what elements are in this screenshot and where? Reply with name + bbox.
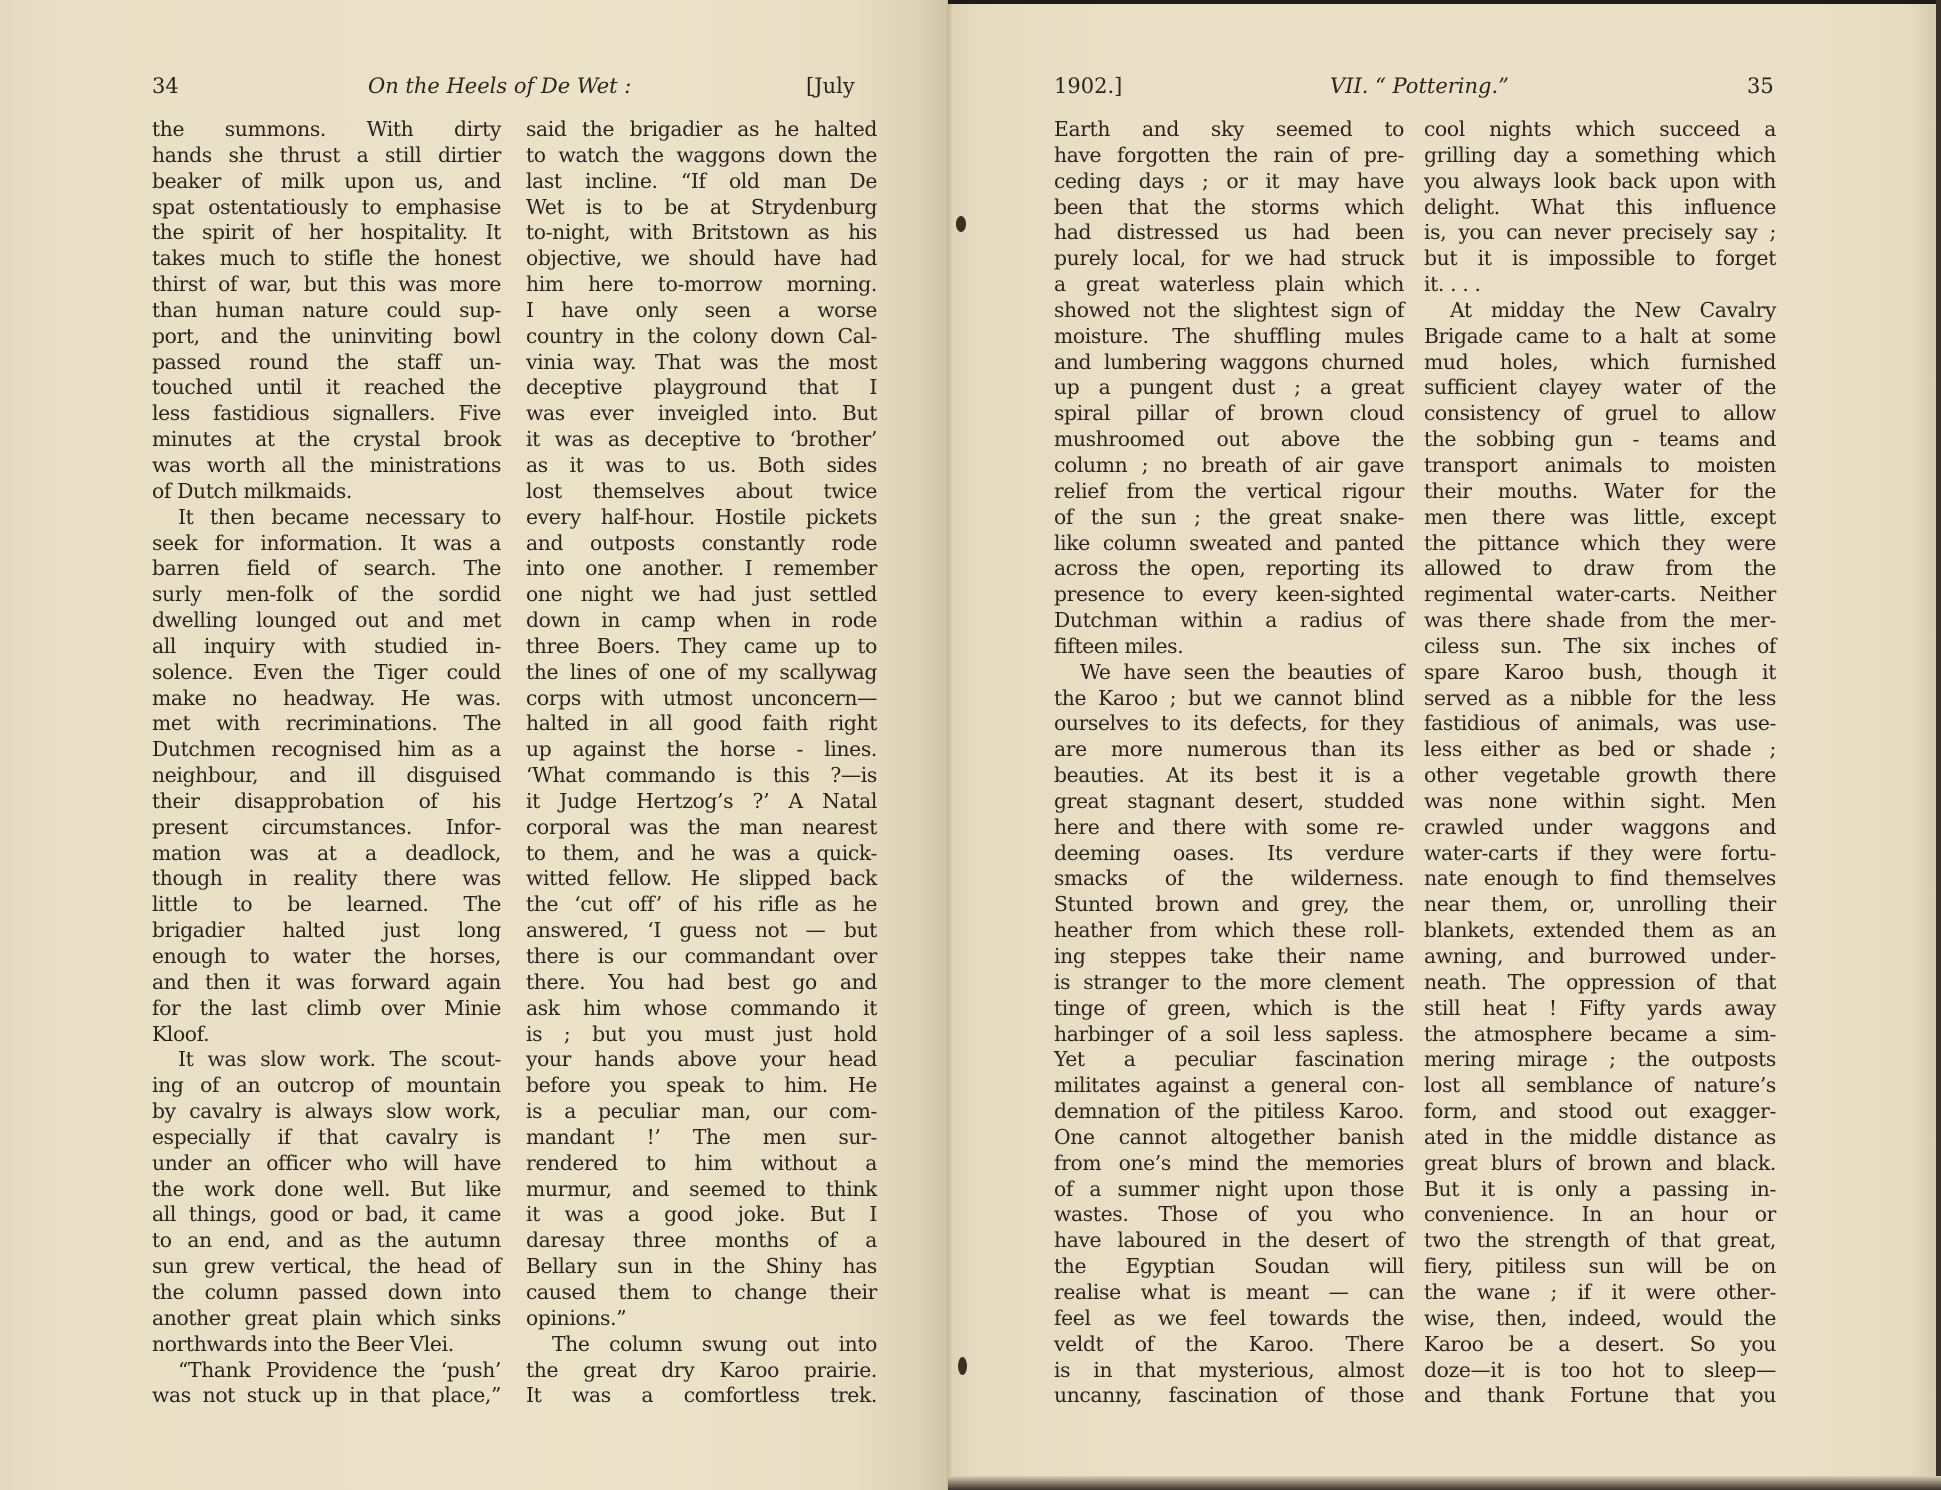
text-line: there. You had best go and — [526, 970, 877, 996]
text-line: and then it was forward again — [152, 970, 501, 996]
text-line: corps with utmost unconcern— — [526, 686, 877, 712]
text-line: beauties. At its best it is a — [1054, 763, 1404, 789]
text-line: to-night, with Britstown as his — [526, 220, 877, 246]
text-line: and lumbering waggons churned — [1054, 350, 1404, 376]
text-line: harbinger of a soil less sapless. — [1054, 1022, 1404, 1048]
text-line: enough to water the horses, — [152, 944, 501, 970]
text-line: mud holes, which furnished — [1424, 350, 1776, 376]
text-line: spiral pillar of brown cloud — [1054, 401, 1404, 427]
text-line: is, you can never precisely say ; — [1424, 220, 1776, 246]
text-line: Dutchman within a radius of — [1054, 608, 1404, 634]
text-line: minutes at the crystal brook — [152, 427, 501, 453]
text-line: down in camp when in rode — [526, 608, 877, 634]
text-line: transport animals to moisten — [1424, 453, 1776, 479]
text-line: to them, and he was a quick- — [526, 841, 877, 867]
text-line: a great waterless plain which — [1054, 272, 1404, 298]
text-line: little to be learned. The — [152, 892, 501, 918]
text-line: especially if that cavalry is — [152, 1125, 501, 1151]
text-line: Wet is to be at Strydenburg — [526, 195, 877, 221]
text-line: ourselves to its defects, for they — [1054, 711, 1404, 737]
text-line: all inquiry with studied in- — [152, 634, 501, 660]
text-line: to watch the waggons down the — [526, 143, 877, 169]
text-line: convenience. In an hour or — [1424, 1202, 1776, 1228]
text-line: northwards into the Beer Vlei. — [152, 1332, 501, 1358]
text-line: it was a good joke. But I — [526, 1202, 877, 1228]
text-line: deeming oases. Its verdure — [1054, 841, 1404, 867]
text-line: feel as we feel towards the — [1054, 1306, 1404, 1332]
text-line: opinions.” — [526, 1306, 877, 1332]
text-line: militates against a general con- — [1054, 1073, 1404, 1099]
text-line: served as a nibble for the less — [1424, 686, 1776, 712]
text-line: was there shade from the mer- — [1424, 608, 1776, 634]
text-line: is ; but you must just hold — [526, 1022, 877, 1048]
text-line: passed round the staff un- — [152, 350, 501, 376]
text-line: solence. Even the Tiger could — [152, 660, 501, 686]
text-line: water-carts if they were fortu- — [1424, 841, 1776, 867]
text-line: murmur, and seemed to think — [526, 1177, 877, 1203]
text-line: have forgotten the rain of pre- — [1054, 143, 1404, 169]
text-line: form, and stood out exagger- — [1424, 1099, 1776, 1125]
text-line: the column passed down into — [152, 1280, 501, 1306]
text-line: mandant !’ The men sur- — [526, 1125, 877, 1151]
text-line: answered, ‘I guess not — but — [526, 918, 877, 944]
text-line: awning, and burrowed under- — [1424, 944, 1776, 970]
text-line: tinge of green, which is the — [1054, 996, 1404, 1022]
text-line: barren field of search. The — [152, 556, 501, 582]
text-line: the great dry Karoo prairie. — [526, 1358, 877, 1384]
text-line: said the brigadier as he halted — [526, 117, 877, 143]
text-line: mering mirage ; the outposts — [1424, 1047, 1776, 1073]
binding-mark-bottom — [958, 1357, 967, 1375]
text-line: ated in the middle distance as — [1424, 1125, 1776, 1151]
text-line: the Karoo ; but we cannot blind — [1054, 686, 1404, 712]
text-line: of the sun ; the great snake- — [1054, 505, 1404, 531]
text-line: before you speak to him. He — [526, 1073, 877, 1099]
text-line: of a summer night upon those — [1054, 1177, 1404, 1203]
text-line: Stunted brown and grey, the — [1054, 892, 1404, 918]
text-line: spare Karoo bush, though it — [1424, 660, 1776, 686]
left-page-column-2: said the brigadier as he haltedto watch … — [526, 117, 877, 1409]
text-line: are more numerous than its — [1054, 737, 1404, 763]
right-page-column-1: Earth and sky seemed tohave forgotten th… — [1054, 117, 1404, 1409]
text-line: present circumstances. Infor- — [152, 815, 501, 841]
text-line: daresay three months of a — [526, 1228, 877, 1254]
text-line: objective, we should have had — [526, 246, 877, 272]
binding-mark-top — [956, 216, 966, 232]
text-line: and outposts constantly rode — [526, 531, 877, 557]
text-line: nate enough to find themselves — [1424, 866, 1776, 892]
text-line: port, and the uninviting bowl — [152, 324, 501, 350]
text-line: seek for information. It was a — [152, 531, 501, 557]
text-line: ‘What commando is this ?—is — [526, 763, 877, 789]
text-line: you always look back upon with — [1424, 169, 1776, 195]
text-line: the work done well. But like — [152, 1177, 501, 1203]
text-line: it. . . . — [1424, 272, 1776, 298]
text-line: hands she thrust a still dirtier — [152, 143, 501, 169]
text-line: as it was to us. Both sides — [526, 453, 877, 479]
text-line: But it is only a passing in- — [1424, 1177, 1776, 1203]
text-line: blankets, extended them as an — [1424, 918, 1776, 944]
text-line: every half-hour. Hostile pickets — [526, 505, 877, 531]
text-line: the spirit of her hospitality. It — [152, 220, 501, 246]
text-line: three Boers. They came up to — [526, 634, 877, 660]
text-line: men there was little, except — [1424, 505, 1776, 531]
text-line: veldt of the Karoo. There — [1054, 1332, 1404, 1358]
text-line: At midday the New Cavalry — [1424, 298, 1776, 324]
text-line: We have seen the beauties of — [1054, 660, 1404, 686]
text-line: have laboured in the desert of — [1054, 1228, 1404, 1254]
text-line: was worth all the ministrations — [152, 453, 501, 479]
text-line: it was as deceptive to ‘brother’ — [526, 427, 877, 453]
text-line: allowed to draw from the — [1424, 556, 1776, 582]
text-line: the ‘cut off’ of his rifle as he — [526, 892, 877, 918]
text-line: across the open, reporting its — [1054, 556, 1404, 582]
text-line: grilling day a something which — [1424, 143, 1776, 169]
text-line: brigadier halted just long — [152, 918, 501, 944]
text-line: ciless sun. The six inches of — [1424, 634, 1776, 660]
text-line: ask him whose commando it — [526, 996, 877, 1022]
text-line: wise, then, indeed, would the — [1424, 1306, 1776, 1332]
text-line: met with recriminations. The — [152, 711, 501, 737]
text-line: I have only seen a worse — [526, 298, 877, 324]
text-line: was not stuck up in that place,” — [152, 1383, 501, 1409]
page-right-edge — [1936, 0, 1941, 1490]
text-line: presence to every keen-sighted — [1054, 582, 1404, 608]
text-line: there is our commandant over — [526, 944, 877, 970]
text-line: their mouths. Water for the — [1424, 479, 1776, 505]
text-line: the lines of one of my scallywag — [526, 660, 877, 686]
text-line: for the last climb over Minie — [152, 996, 501, 1022]
text-line: Karoo be a desert. So you — [1424, 1332, 1776, 1358]
text-line: showed not the slightest sign of — [1054, 298, 1404, 324]
text-line: takes much to stifle the honest — [152, 246, 501, 272]
page-bottom-edge — [948, 1476, 1941, 1490]
text-line: relief from the vertical rigour — [1054, 479, 1404, 505]
text-line: crawled under waggons and — [1424, 815, 1776, 841]
text-line: was none within sight. Men — [1424, 789, 1776, 815]
text-line: the Egyptian Soudan will — [1054, 1254, 1404, 1280]
text-line: thirst of war, but this was more — [152, 272, 501, 298]
text-line: the sobbing gun - teams and — [1424, 427, 1776, 453]
text-line: realise what is meant — can — [1054, 1280, 1404, 1306]
text-line: your hands above your head — [526, 1047, 877, 1073]
text-line: by cavalry is always slow work, — [152, 1099, 501, 1125]
text-line: been that the storms which — [1054, 195, 1404, 221]
text-line: sun grew vertical, the head of — [152, 1254, 501, 1280]
page-top-edge — [948, 0, 1941, 4]
text-line: It was a comfortless trek. — [526, 1383, 877, 1409]
text-line: still heat ! Fifty yards away — [1424, 996, 1776, 1022]
text-line: Yet a peculiar fascination — [1054, 1047, 1404, 1073]
right-page: 1902.] VII. “ Pottering.” 35 Earth and s… — [948, 0, 1941, 1490]
text-line: here and there with some re- — [1054, 815, 1404, 841]
text-line: mushroomed out above the — [1054, 427, 1404, 453]
text-line: is in that mysterious, almost — [1054, 1358, 1404, 1384]
text-line: The column swung out into — [526, 1332, 877, 1358]
text-line: one night we had just settled — [526, 582, 877, 608]
right-page-column-2: cool nights which succeed agrilling day … — [1424, 117, 1776, 1409]
text-line: sufficient clayey water of the — [1424, 375, 1776, 401]
text-line: than human nature could sup- — [152, 298, 501, 324]
text-line: ceding days ; or it may have — [1054, 169, 1404, 195]
text-line: spat ostentatiously to emphasise — [152, 195, 501, 221]
text-line: Earth and sky seemed to — [1054, 117, 1404, 143]
text-line: purely local, for we had struck — [1054, 246, 1404, 272]
text-line: dwelling lounged out and met — [152, 608, 501, 634]
text-line: up against the horse - lines. — [526, 737, 877, 763]
text-line: touched until it reached the — [152, 375, 501, 401]
text-line: less either as bed or shade ; — [1424, 737, 1776, 763]
text-line: delight. What this influence — [1424, 195, 1776, 221]
text-line: deceptive playground that I — [526, 375, 877, 401]
text-line: surly men-folk of the sordid — [152, 582, 501, 608]
text-line: fifteen miles. — [1054, 634, 1404, 660]
text-line: it Judge Hertzog’s ?’ A Natal — [526, 789, 877, 815]
text-line: beaker of milk upon us, and — [152, 169, 501, 195]
page-number-right: 35 — [1747, 72, 1774, 100]
text-line: fiery, pitiless sun will be on — [1424, 1254, 1776, 1280]
text-line: the pittance which they were — [1424, 531, 1776, 557]
text-line: up a pungent dust ; a great — [1054, 375, 1404, 401]
text-line: witted fellow. He slipped back — [526, 866, 877, 892]
text-line: wastes. Those of you who — [1054, 1202, 1404, 1228]
text-line: “Thank Providence the ‘push’ — [152, 1358, 501, 1384]
text-line: lost themselves about twice — [526, 479, 877, 505]
text-line: into one another. I remember — [526, 556, 877, 582]
text-line: vinia way. That was the most — [526, 350, 877, 376]
page-number-left: 34 — [152, 72, 179, 100]
text-line: It was slow work. The scout- — [152, 1047, 501, 1073]
text-line: smacks of the wilderness. — [1054, 866, 1404, 892]
text-line: make no headway. He was. — [152, 686, 501, 712]
text-line: column ; no breath of air gave — [1054, 453, 1404, 479]
text-line: lost all semblance of nature’s — [1424, 1073, 1776, 1099]
text-line: is a peculiar man, our com- — [526, 1099, 877, 1125]
text-line: uncanny, fascination of those — [1054, 1383, 1404, 1409]
text-line: fastidious of animals, was use- — [1424, 711, 1776, 737]
left-page: 34 On the Heels of De Wet : [July the su… — [0, 0, 948, 1490]
text-line: their disapprobation of his — [152, 789, 501, 815]
book-gutter — [944, 0, 952, 1490]
text-line: but it is impossible to forget — [1424, 246, 1776, 272]
text-line: near them, or, unrolling their — [1424, 892, 1776, 918]
text-line: other vegetable growth there — [1424, 763, 1776, 789]
text-line: had distressed us had been — [1054, 220, 1404, 246]
text-line: demnation of the pitiless Karoo. — [1054, 1099, 1404, 1125]
text-line: heather from which these roll- — [1054, 918, 1404, 944]
text-line: It then became necessary to — [152, 505, 501, 531]
text-line: ing of an outcrop of mountain — [152, 1073, 501, 1099]
text-line: Bellary sun in the Shiny has — [526, 1254, 877, 1280]
running-title-left: On the Heels of De Wet : — [368, 72, 631, 100]
text-line: mation was at a deadlock, — [152, 841, 501, 867]
text-line: neath. The oppression of that — [1424, 970, 1776, 996]
text-line: last incline. “If old man De — [526, 169, 877, 195]
text-line: caused them to change their — [526, 1280, 877, 1306]
text-line: him here to-morrow morning. — [526, 272, 877, 298]
text-line: less fastidious signallers. Five — [152, 401, 501, 427]
running-date-right: 1902.] — [1054, 72, 1122, 100]
text-line: and thank Fortune that you — [1424, 1383, 1776, 1409]
text-line: is stranger to the more clement — [1054, 970, 1404, 996]
text-line: moisture. The shuffling mules — [1054, 324, 1404, 350]
text-line: regimental water-carts. Neither — [1424, 582, 1776, 608]
text-line: from one’s mind the memories — [1054, 1151, 1404, 1177]
text-line: neighbour, and ill disguised — [152, 763, 501, 789]
text-line: the summons. With dirty — [152, 117, 501, 143]
text-line: cool nights which succeed a — [1424, 117, 1776, 143]
text-line: two the strength of that great, — [1424, 1228, 1776, 1254]
left-page-column-1: the summons. With dirtyhands she thrust … — [152, 117, 501, 1409]
text-line: the wane ; if it were other- — [1424, 1280, 1776, 1306]
text-line: to an end, and as the autumn — [152, 1228, 501, 1254]
text-line: corporal was the man nearest — [526, 815, 877, 841]
text-line: was ever inveigled into. But — [526, 401, 877, 427]
text-line: doze—it is too hot to sleep— — [1424, 1358, 1776, 1384]
running-title-right: VII. “ Pottering.” — [1330, 72, 1509, 100]
text-line: great blurs of brown and black. — [1424, 1151, 1776, 1177]
text-line: another great plain which sinks — [152, 1306, 501, 1332]
running-date-left: [July — [806, 72, 855, 100]
text-line: though in reality there was — [152, 866, 501, 892]
text-line: One cannot altogether banish — [1054, 1125, 1404, 1151]
text-line: consistency of gruel to allow — [1424, 401, 1776, 427]
text-line: Brigade came to a halt at some — [1424, 324, 1776, 350]
text-line: all things, good or bad, it came — [152, 1202, 501, 1228]
text-line: ing steppes take their name — [1054, 944, 1404, 970]
text-line: Kloof. — [152, 1022, 501, 1048]
text-line: great stagnant desert, studded — [1054, 789, 1404, 815]
text-line: under an officer who will have — [152, 1151, 501, 1177]
text-line: like column sweated and panted — [1054, 531, 1404, 557]
text-line: country in the colony down Cal- — [526, 324, 877, 350]
text-line: halted in all good faith right — [526, 711, 877, 737]
text-line: the atmosphere became a sim- — [1424, 1022, 1776, 1048]
text-line: rendered to him without a — [526, 1151, 877, 1177]
text-line: Dutchmen recognised him as a — [152, 737, 501, 763]
text-line: of Dutch milkmaids. — [152, 479, 501, 505]
